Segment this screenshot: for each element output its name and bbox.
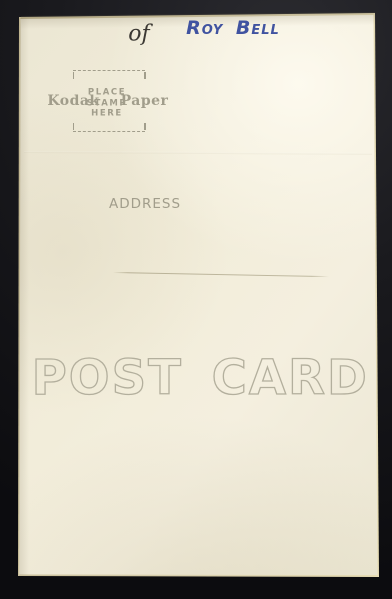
stamp-box-corner-dash [144,72,146,79]
address-label: ADDRESS [109,196,181,212]
handwritten-preposition: of [128,22,149,47]
postcard-back [0,0,392,599]
stamp-box-corner-dash [144,123,146,130]
stamp-instruction-line: STAMP [87,98,128,109]
stamp-box-corner-dash [73,123,75,130]
stamp-instruction-line: PLACE [87,87,128,98]
photo-post-card-label: PHOTO POST CARD [0,350,369,406]
stamp-instructions: PLACE STAMP HERE [87,87,128,119]
stamp-instruction-line: HERE [87,108,128,119]
handwritten-name: Roy Bell [186,17,280,39]
paper-left-shadow [20,18,29,575]
paper-label: Paper [121,93,169,109]
stamp-box-corner-dash [73,72,75,79]
photo-background: of Roy Bell Kodak Paper PLACE STAMP HERE… [0,0,392,599]
